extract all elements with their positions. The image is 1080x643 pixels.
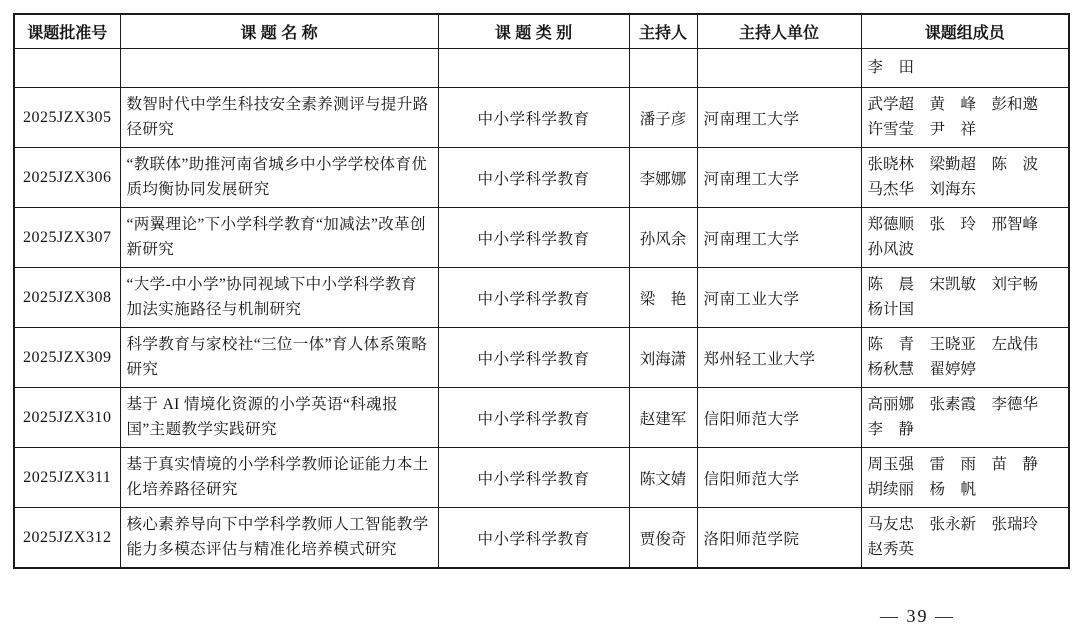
carryover-row: 李 田: [14, 49, 1069, 88]
cell-category: 中小学科学教育: [438, 268, 629, 328]
cell-approval-no: 2025JZX310: [14, 388, 120, 448]
cell-leader: 赵建军: [629, 388, 697, 448]
member-line: 武学超 黄 峰 彭和邀: [868, 93, 1063, 118]
cell-members: 陈 青 王晓亚 左战伟杨秋慧 翟婷婷: [861, 328, 1069, 388]
cell-members: 陈 晨 宋凯敏 刘宇畅杨计国: [861, 268, 1069, 328]
table-row: 2025JZX306“教联体”助推河南省城乡中小学学校体育优质均衡协同发展研究中…: [14, 148, 1069, 208]
member-line: 胡续丽 杨 帆: [868, 478, 1063, 503]
table-row: 2025JZX309科学教育与家校社“三位一体”育人体系策略研究中小学科学教育刘…: [14, 328, 1069, 388]
cell-title: “教联体”助推河南省城乡中小学学校体育优质均衡协同发展研究: [120, 148, 438, 208]
table-row: 2025JZX311基于真实情境的小学科学教师论证能力本土化培养路径研究中小学科…: [14, 448, 1069, 508]
cell-members: 郑德顺 张 玲 邢智峰孙风波: [861, 208, 1069, 268]
cell-approval-no: 2025JZX308: [14, 268, 120, 328]
cell-title: “两翼理论”下小学科学教育“加减法”改革创新研究: [120, 208, 438, 268]
cell-leader: 潘子彦: [629, 88, 697, 148]
column-header-5: 课题组成员: [861, 14, 1069, 49]
table-header: 课题批准号课 题 名 称课 题 类 别主持人主持人单位课题组成员: [14, 14, 1069, 49]
cell-approval-no: 2025JZX307: [14, 208, 120, 268]
cell-leader: 梁 艳: [629, 268, 697, 328]
cell-institution: 信阳师范大学: [697, 448, 861, 508]
member-line: 陈 晨 宋凯敏 刘宇畅: [868, 273, 1063, 298]
page-number: — 39 —: [880, 606, 955, 627]
header-row: 课题批准号课 题 名 称课 题 类 别主持人主持人单位课题组成员: [14, 14, 1069, 49]
member-line: 李 静: [868, 418, 1063, 443]
table-row: 2025JZX307“两翼理论”下小学科学教育“加减法”改革创新研究中小学科学教…: [14, 208, 1069, 268]
cell-approval-no: [14, 49, 120, 88]
member-line: 马杰华 刘海东: [868, 178, 1063, 203]
column-header-3: 主持人: [629, 14, 697, 49]
cell-category: 中小学科学教育: [438, 388, 629, 448]
cell-title: “大学-中小学”协同视域下中小学科学教育加法实施路径与机制研究: [120, 268, 438, 328]
cell-institution: 河南理工大学: [697, 88, 861, 148]
member-line: 周玉强 雷 雨 苗 静: [868, 453, 1063, 478]
approval-table: 课题批准号课 题 名 称课 题 类 别主持人主持人单位课题组成员 李 田2025…: [13, 13, 1070, 569]
cell-title: 基于 AI 情境化资源的小学英语“科魂报国”主题教学实践研究: [120, 388, 438, 448]
cell-category: 中小学科学教育: [438, 208, 629, 268]
cell-category: 中小学科学教育: [438, 508, 629, 569]
cell-leader: [629, 49, 697, 88]
cell-category: 中小学科学教育: [438, 88, 629, 148]
table-row: 2025JZX312核心素养导向下中学科学教师人工智能教学能力多模态评估与精准化…: [14, 508, 1069, 569]
cell-members: 高丽娜 张素霞 李德华李 静: [861, 388, 1069, 448]
cell-institution: 河南理工大学: [697, 208, 861, 268]
member-line: 张晓林 梁勤超 陈 波: [868, 153, 1063, 178]
document-page: 课题批准号课 题 名 称课 题 类 别主持人主持人单位课题组成员 李 田2025…: [0, 0, 1080, 643]
column-header-1: 课 题 名 称: [120, 14, 438, 49]
cell-approval-no: 2025JZX305: [14, 88, 120, 148]
cell-category: [438, 49, 629, 88]
table-body: 李 田2025JZX305数智时代中学生科技安全素养测评与提升路径研究中小学科学…: [14, 49, 1069, 569]
table-row: 2025JZX305数智时代中学生科技安全素养测评与提升路径研究中小学科学教育潘…: [14, 88, 1069, 148]
member-line: 孙风波: [868, 238, 1063, 263]
cell-members: 马友忠 张永新 张瑞玲赵秀英: [861, 508, 1069, 569]
column-header-4: 主持人单位: [697, 14, 861, 49]
cell-members: 武学超 黄 峰 彭和邀许雪莹 尹 祥: [861, 88, 1069, 148]
cell-title: 基于真实情境的小学科学教师论证能力本土化培养路径研究: [120, 448, 438, 508]
cell-members: 李 田: [861, 49, 1069, 88]
cell-approval-no: 2025JZX306: [14, 148, 120, 208]
member-line: 杨秋慧 翟婷婷: [868, 358, 1063, 383]
column-header-2: 课 题 类 别: [438, 14, 629, 49]
member-line: 高丽娜 张素霞 李德华: [868, 393, 1063, 418]
cell-institution: 洛阳师范学院: [697, 508, 861, 569]
cell-leader: 陈文婧: [629, 448, 697, 508]
cell-title: [120, 49, 438, 88]
member-line: 许雪莹 尹 祥: [868, 118, 1063, 143]
cell-leader: 贾俊奇: [629, 508, 697, 569]
cell-approval-no: 2025JZX309: [14, 328, 120, 388]
cell-leader: 刘海潇: [629, 328, 697, 388]
cell-title: 数智时代中学生科技安全素养测评与提升路径研究: [120, 88, 438, 148]
cell-members: 张晓林 梁勤超 陈 波马杰华 刘海东: [861, 148, 1069, 208]
cell-leader: 李娜娜: [629, 148, 697, 208]
cell-title: 核心素养导向下中学科学教师人工智能教学能力多模态评估与精准化培养模式研究: [120, 508, 438, 569]
cell-institution: 河南理工大学: [697, 148, 861, 208]
table-row: 2025JZX308“大学-中小学”协同视域下中小学科学教育加法实施路径与机制研…: [14, 268, 1069, 328]
cell-institution: [697, 49, 861, 88]
member-line: 杨计国: [868, 298, 1063, 323]
cell-members: 周玉强 雷 雨 苗 静胡续丽 杨 帆: [861, 448, 1069, 508]
cell-institution: 河南工业大学: [697, 268, 861, 328]
member-line: 陈 青 王晓亚 左战伟: [868, 333, 1063, 358]
member-line: 郑德顺 张 玲 邢智峰: [868, 213, 1063, 238]
member-line: 李 田: [868, 56, 1063, 81]
cell-leader: 孙风余: [629, 208, 697, 268]
member-line: 赵秀英: [868, 538, 1063, 563]
cell-category: 中小学科学教育: [438, 328, 629, 388]
table-row: 2025JZX310基于 AI 情境化资源的小学英语“科魂报国”主题教学实践研究…: [14, 388, 1069, 448]
cell-category: 中小学科学教育: [438, 448, 629, 508]
column-header-0: 课题批准号: [14, 14, 120, 49]
cell-title: 科学教育与家校社“三位一体”育人体系策略研究: [120, 328, 438, 388]
cell-institution: 郑州轻工业大学: [697, 328, 861, 388]
cell-institution: 信阳师范大学: [697, 388, 861, 448]
member-line: 马友忠 张永新 张瑞玲: [868, 513, 1063, 538]
cell-category: 中小学科学教育: [438, 148, 629, 208]
cell-approval-no: 2025JZX311: [14, 448, 120, 508]
cell-approval-no: 2025JZX312: [14, 508, 120, 569]
